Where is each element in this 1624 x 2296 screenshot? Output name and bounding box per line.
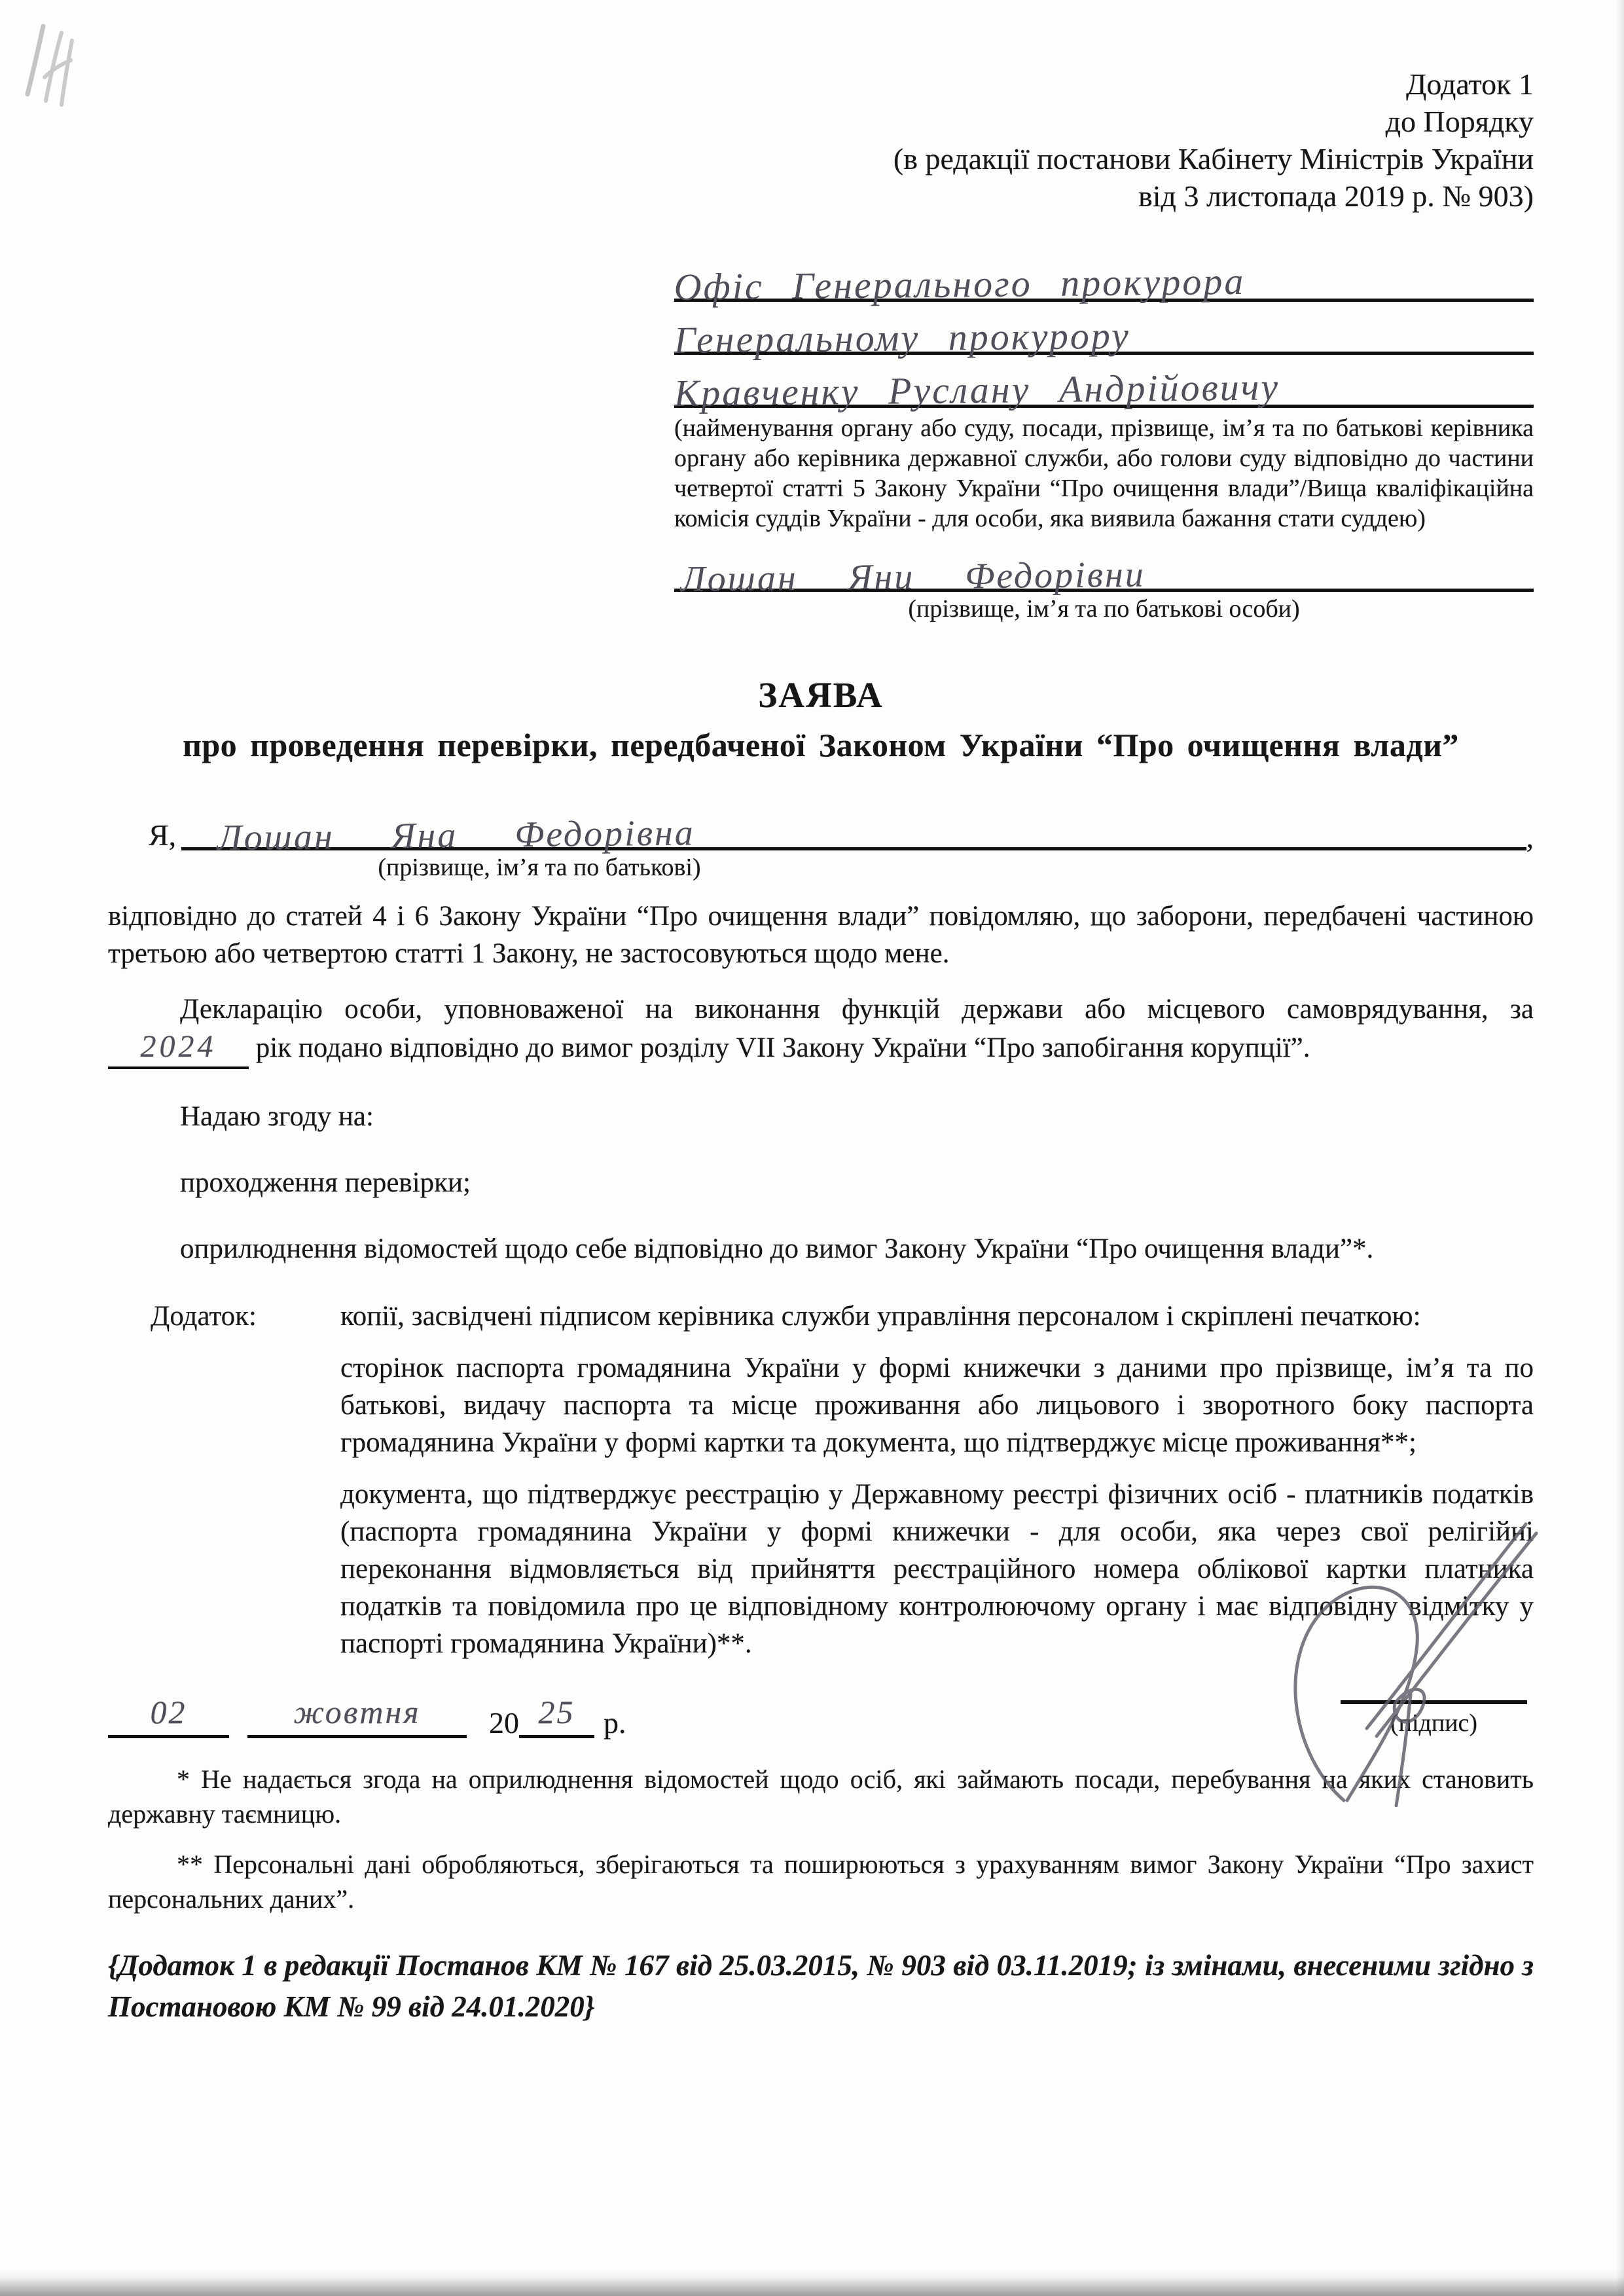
addressee-caption: (найменування органу або суду, посади, п… bbox=[674, 413, 1534, 534]
declaration-text-after: рік подано відповідно до вимог розділу V… bbox=[256, 1032, 1310, 1063]
handwritten-declarant-name: Лошан Яна Федорівна bbox=[217, 816, 696, 855]
signature-line bbox=[1341, 1694, 1527, 1704]
appendix-header-line: від 3 листопада 2019 р. № 903) bbox=[108, 177, 1534, 215]
declarant-blank: Лошан Яна Федорівна bbox=[181, 797, 1526, 850]
footnote-personal-data: ** Персональні дані обробляються, зберіг… bbox=[108, 1847, 1534, 1916]
signature-caption: (підпис) bbox=[1341, 1708, 1527, 1738]
declarant-suffix: , bbox=[1526, 824, 1534, 850]
declarant-prefix: Я, bbox=[149, 820, 176, 850]
document-subtitle: про проведення перевірки, передбаченої З… bbox=[108, 726, 1534, 764]
appendix-header-line: до Порядку bbox=[108, 103, 1534, 140]
scan-edge-shadow-bottom bbox=[0, 2269, 1624, 2296]
attachment-section: Додаток: копії, засвідчені підписом кері… bbox=[151, 1298, 1534, 1662]
signature-block: (підпис) bbox=[1341, 1694, 1527, 1738]
paragraph-declaration: Декларацію особи, уповноваженої на викон… bbox=[108, 991, 1534, 1069]
addressee-line: Офіс Генерального прокурора bbox=[674, 249, 1534, 302]
handwritten-year-suffix: 25 bbox=[539, 1694, 575, 1730]
declarant-line: Я, Лошан Яна Федорівна , bbox=[108, 801, 1534, 850]
applicant-name-line: Лошан Яни Федорівни bbox=[674, 543, 1534, 592]
attachment-intro: копії, засвідчені підписом керівника слу… bbox=[340, 1298, 1534, 1335]
date-line: 02 жовтня 20 25 р. bbox=[108, 1694, 626, 1738]
addressee-line: Генеральному прокурору bbox=[674, 302, 1534, 355]
scan-edge-shadow-right bbox=[1616, 0, 1624, 2296]
addressee-block: Офіс Генерального прокурора Генеральному… bbox=[674, 249, 1534, 623]
attachment-item-registry: документа, що підтверджує реєстрацію у Д… bbox=[340, 1476, 1534, 1662]
revision-note: {Додаток 1 в редакції Постанов КМ № 167 … bbox=[108, 1945, 1534, 2028]
paragraph-consent-check: проходження перевірки; bbox=[108, 1164, 1534, 1201]
attachment-label: Додаток: bbox=[151, 1298, 340, 1662]
appendix-header-line: Додаток 1 bbox=[108, 65, 1534, 103]
handwritten-applicant-name: Лошан Яни Федорівни bbox=[680, 558, 1146, 596]
scanned-document-page: Додаток 1 до Порядку (в редакції постано… bbox=[0, 0, 1624, 2296]
appendix-header: Додаток 1 до Порядку (в редакції постано… bbox=[108, 65, 1534, 215]
document-title: ЗАЯВА bbox=[108, 674, 1534, 716]
handwritten-day: 02 bbox=[151, 1694, 187, 1730]
paragraph-prohibitions: відповідно до статей 4 і 6 Закону Україн… bbox=[108, 898, 1534, 972]
handwritten-month: жовтня bbox=[293, 1694, 420, 1730]
declaration-text-before: Декларацію особи, уповноваженої на викон… bbox=[180, 994, 1534, 1025]
pencil-mark bbox=[18, 14, 103, 113]
handwritten-office: Офіс Генерального прокурора bbox=[674, 264, 1245, 305]
handwritten-addressee-name: Кравченку Руслану Андрійовичу bbox=[674, 369, 1280, 411]
handwritten-position: Генеральному прокурору bbox=[674, 318, 1130, 358]
applicant-name-caption: (прізвище, ім’я та по батькові особи) bbox=[674, 594, 1534, 623]
paragraph-consent-publish: оприлюднення відомостей щодо себе відпов… bbox=[108, 1230, 1534, 1267]
footnote-secrecy: * Не надається згода на оприлюднення від… bbox=[108, 1762, 1534, 1831]
date-month-blank: жовтня bbox=[247, 1694, 467, 1738]
document-content: Додаток 1 до Порядку (в редакції постано… bbox=[108, 65, 1534, 2028]
addressee-line: Кравченку Руслану Андрійовичу bbox=[674, 355, 1534, 408]
attachment-body: копії, засвідчені підписом керівника слу… bbox=[340, 1298, 1534, 1662]
year-prefix: 20 bbox=[489, 1708, 519, 1738]
paragraph-consent-intro: Надаю згоду на: bbox=[108, 1098, 1534, 1135]
handwritten-year: 2024 bbox=[141, 1029, 217, 1064]
attachment-item-passport: сторінок паспорта громадянина України у … bbox=[340, 1349, 1534, 1461]
year-blank: 2024 bbox=[108, 1028, 249, 1069]
date-day-blank: 02 bbox=[108, 1694, 229, 1738]
date-signature-row: 02 жовтня 20 25 р. (підпис) bbox=[108, 1694, 1534, 1738]
date-year-blank: 25 bbox=[519, 1694, 594, 1738]
appendix-header-line: (в редакції постанови Кабінету Міністрів… bbox=[108, 140, 1534, 177]
year-unit: р. bbox=[604, 1708, 626, 1738]
